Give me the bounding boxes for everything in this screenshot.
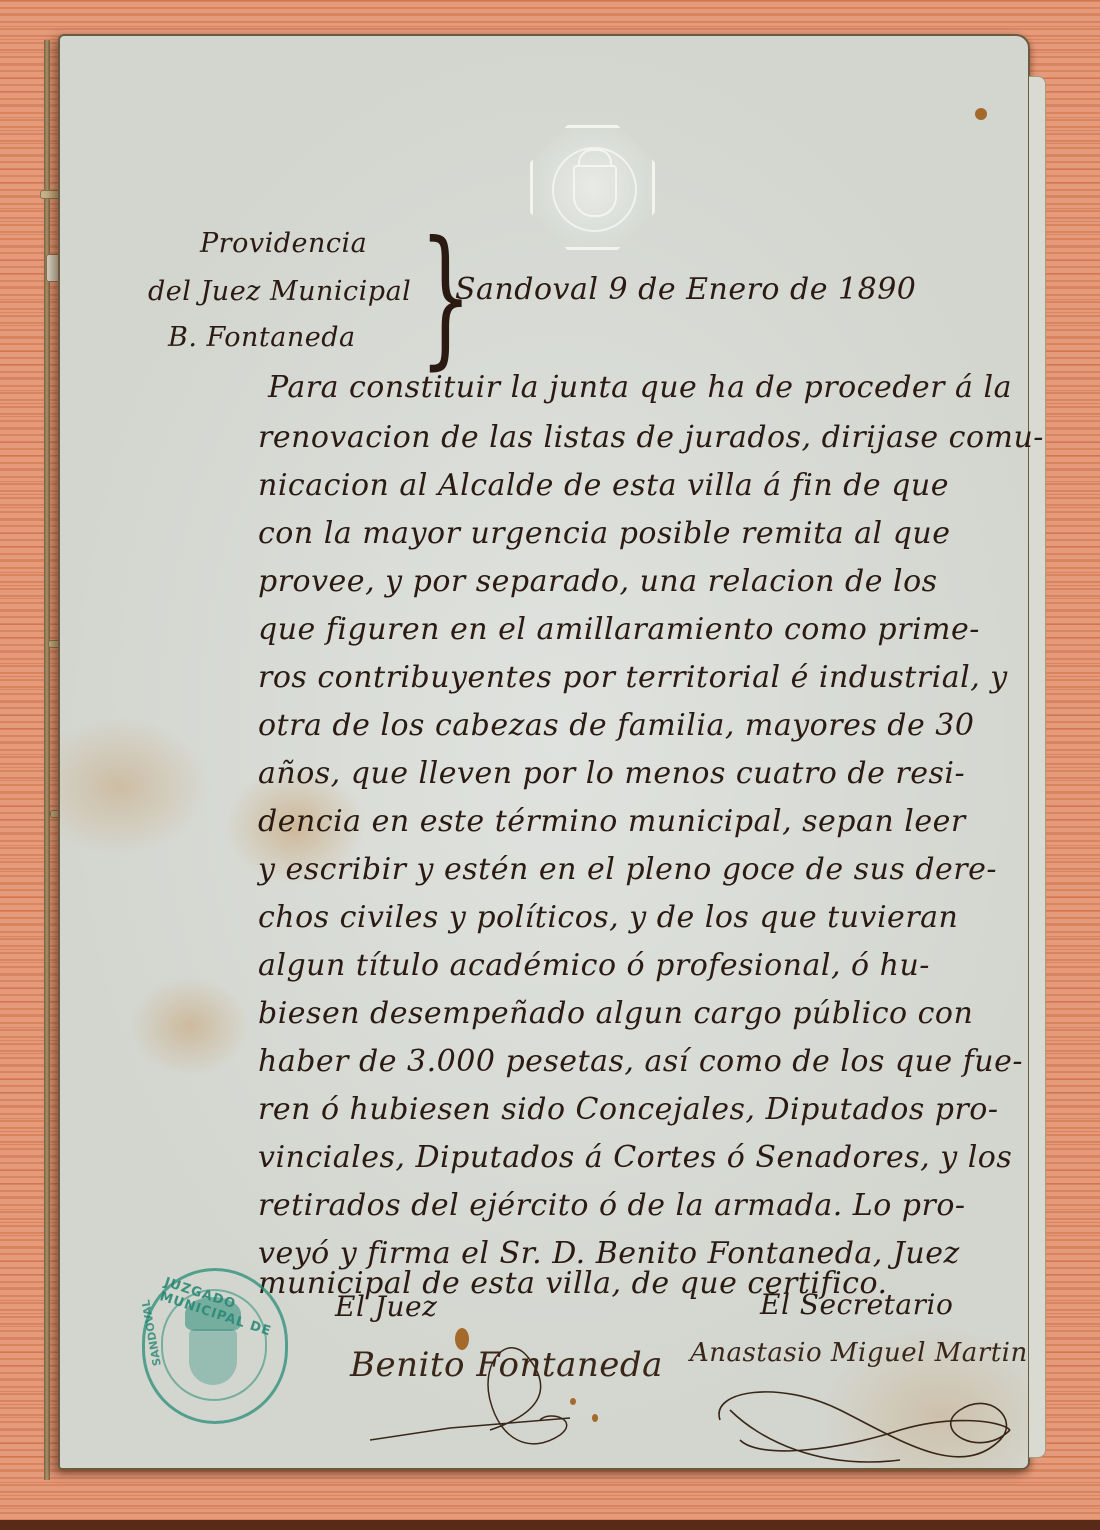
body-line-2: renovacion de las listas de jurados, dir… <box>258 420 1044 455</box>
coat-of-arms-icon <box>189 1329 237 1385</box>
body-line-5: provee, y por separado, una relacion de … <box>258 564 938 599</box>
margin-note-line-3: B. Fontaneda <box>168 322 356 353</box>
body-line-8: otra de los cabezas de familia, mayores … <box>258 708 974 743</box>
body-line-14: biesen desempeñado algun cargo público c… <box>258 996 973 1031</box>
dateline: Sandoval 9 de Enero de 1890 <box>455 272 916 307</box>
body-line-6: que figuren en el amillaramiento como pr… <box>258 612 980 647</box>
body-line-13: algun título académico ó profesional, ó … <box>258 948 930 983</box>
crown-icon <box>185 1297 241 1331</box>
body-line-7: ros contribuyentes por territorial é ind… <box>258 660 1008 695</box>
ink-stain <box>975 108 987 120</box>
body-line-16: ren ó hubiesen sido Concejales, Diputado… <box>258 1092 999 1127</box>
judge-signature-flourish <box>330 1300 630 1470</box>
municipal-court-stamp-icon: JUZGADO MUNICIPAL DE SANDOVAL <box>142 1268 288 1424</box>
ink-stain <box>455 1328 469 1350</box>
body-line-9: años, que lleven por lo menos cuatro de … <box>258 756 965 791</box>
margin-note-line-2: del Juez Municipal <box>148 276 411 307</box>
stamp-text-left: SANDOVAL <box>139 1299 163 1367</box>
stacked-pages-edge <box>1029 76 1046 1458</box>
body-line-11: y escribir y estén en el pleno goce de s… <box>258 852 997 887</box>
body-line-1: Para constituir la junta que ha de proce… <box>268 370 1012 405</box>
secretary-signature: Anastasio Miguel Martin <box>690 1338 1028 1368</box>
body-line-10: dencia en este término municipal, sepan … <box>258 804 966 839</box>
secretary-rubric-flourish <box>700 1380 1030 1490</box>
ink-stain <box>592 1414 598 1422</box>
shield-icon <box>573 165 617 217</box>
body-line-17: vinciales, Diputados á Cortes ó Senadore… <box>258 1140 1012 1175</box>
body-line-18: retirados del ejército ó de la armada. L… <box>258 1188 966 1223</box>
body-line-12: chos civiles y políticos, y de los que t… <box>258 900 958 935</box>
body-line-3: nicacion al Alcalde de esta villa á fin … <box>258 468 949 503</box>
margin-note-line-1: Providencia <box>200 228 367 259</box>
frame-bottom-edge <box>0 1520 1100 1530</box>
embossed-seal-icon <box>530 125 655 250</box>
body-line-4: con la mayor urgencia posible remita al … <box>258 516 950 551</box>
ink-stain <box>570 1398 576 1405</box>
secretary-label: El Secretario <box>760 1288 953 1321</box>
body-line-15: haber de 3.000 pesetas, así como de los … <box>258 1044 1023 1079</box>
